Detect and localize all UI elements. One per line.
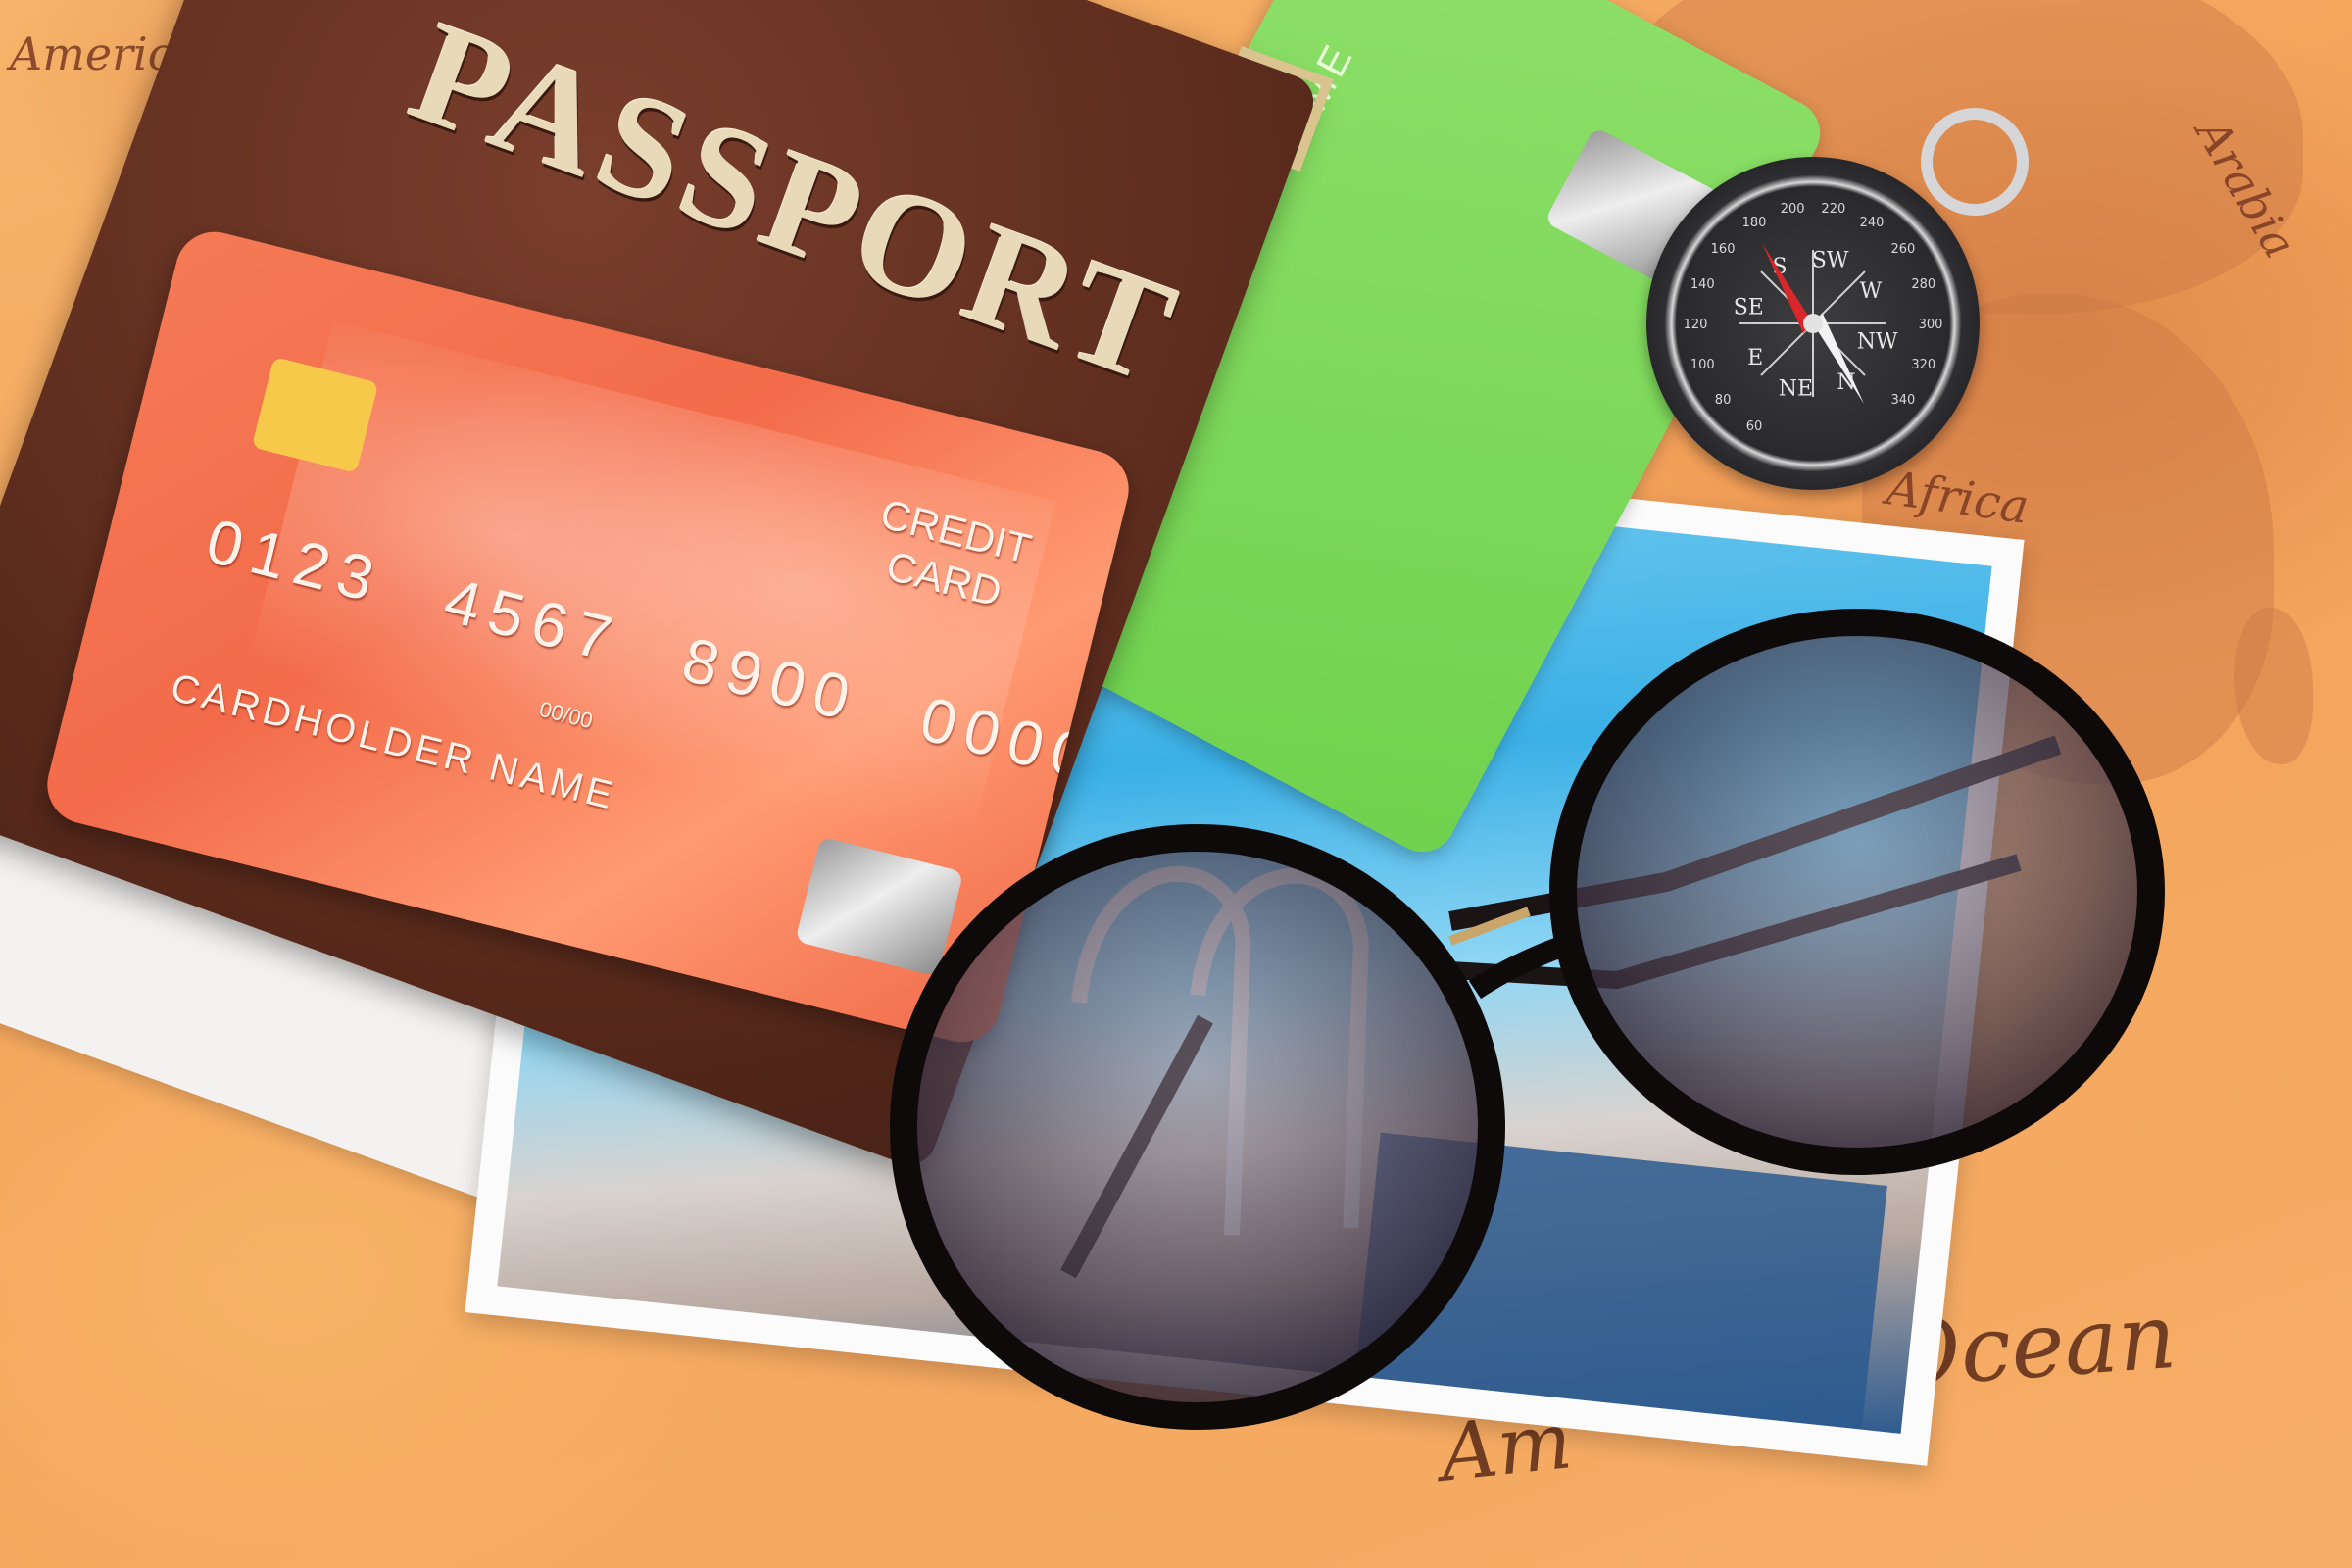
travel-flatlay-scene: America Arabia Africa Ocean Ocean Am HOL… <box>0 0 2352 1568</box>
compass-degree-label: 160 <box>1711 242 1736 257</box>
compass-cardinal-label: NW <box>1857 330 1898 355</box>
compass-degree-label: 200 <box>1781 202 1805 217</box>
compass-cardinal-label: SW <box>1812 248 1849 272</box>
map-landmass-madagascar <box>2234 608 2313 764</box>
compass-degree-label: 140 <box>1690 277 1715 292</box>
compass-degree-label: 260 <box>1891 242 1916 257</box>
compass: NNEESESSWWNW 608010012014016018020022024… <box>1646 157 1980 490</box>
compass-degree-label: 320 <box>1911 358 1935 372</box>
compass-degree-label: 280 <box>1911 277 1935 292</box>
compass-cardinal-label: W <box>1860 279 1883 304</box>
passport-corner-bottom-left <box>0 710 7 836</box>
compass-degree-label: 100 <box>1690 358 1715 372</box>
compass-cardinal-label: SE <box>1734 295 1764 319</box>
compass-cardinal-label: NE <box>1779 377 1813 402</box>
compass-degree-label: 60 <box>1746 419 1763 434</box>
compass-degree-label: 120 <box>1684 318 1708 332</box>
compass-degree-label: 340 <box>1891 393 1916 408</box>
compass-degree-label: 300 <box>1919 318 1943 332</box>
compass-degree-label: 80 <box>1715 393 1732 408</box>
compass-rose-icon: NNEESESSWWNW 608010012014016018020022024… <box>1646 157 1980 490</box>
compass-degree-label: 180 <box>1742 216 1767 230</box>
compass-degree-label: 220 <box>1821 202 1845 217</box>
compass-degree-label: 240 <box>1860 216 1885 230</box>
compass-cardinal-label: E <box>1747 346 1763 370</box>
